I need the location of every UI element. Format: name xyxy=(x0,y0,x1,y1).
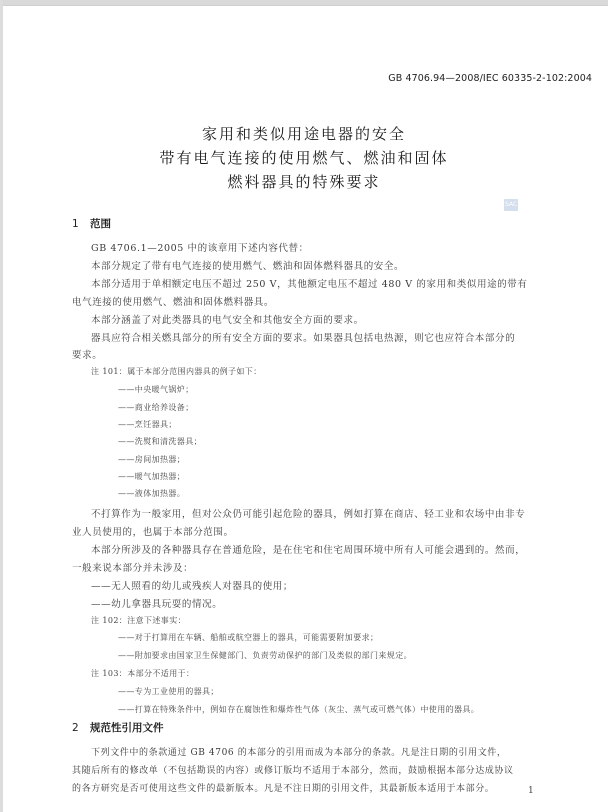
s1-paragraph-3-line-2: 电气连接的使用燃气、燃油和固体燃料器具。 xyxy=(72,294,274,308)
note-101-item: ——暖气加热器； xyxy=(118,471,185,482)
title-line-1: 家用和类似用途电器的安全 xyxy=(0,122,608,146)
s1-paragraph-2: 本部分规定了带有电气连接的使用燃气、燃油和固体燃料器具的安全。 xyxy=(91,258,404,272)
sac-logo-icon: SAC xyxy=(504,199,518,211)
title-line-2: 带有电气连接的使用燃气、燃油和固体 xyxy=(0,146,608,170)
note-103-item: ——专为工业使用的器具； xyxy=(118,686,219,697)
section-2-heading: 2规范性引用文件 xyxy=(72,720,164,735)
note-101-label: 注 101：属于本部分范围内器具的例子如下： xyxy=(91,366,262,377)
s1-paragraph-5-line-2: 要求。 xyxy=(72,347,102,361)
s1-paragraph-3-line-1: 本部分适用于单相额定电压不超过 250 V，其他额定电压不超过 480 V 的家… xyxy=(91,276,528,290)
s1-paragraph-6-line-1: 不打算作为一般家用，但对公众仍可能引起危险的器具，例如打算在商店、轻工业和农场中… xyxy=(91,506,525,520)
section-1-heading: 1范围 xyxy=(72,216,111,231)
section-1-number: 1 xyxy=(72,218,90,230)
s2-paragraph-1-line-2: 其随后所有的修改单（不包括勘误的内容）或修订版均不适用于本部分，然而，鼓励根据本… xyxy=(72,763,514,776)
s2-paragraph-1-line-1: 下列文件中的条款通过 GB 4706 的本部分的引用而成为本部分的条款。凡是注日… xyxy=(91,745,507,758)
section-2-title: 规范性引用文件 xyxy=(90,722,164,734)
note-101-item: ——烹饪器具； xyxy=(118,419,177,430)
s2-paragraph-1-line-3: 的各方研究是否可使用这些文件的最新版本。凡是不注日期的引用文件，其最新版本适用于… xyxy=(72,781,494,794)
note-103-item: ——打算在特殊条件中，例如存在腐蚀性和爆炸性气体（灰尘、蒸气或可燃气体）中使用的… xyxy=(118,704,479,715)
note-101-item: ——中央暖气锅炉； xyxy=(118,384,194,395)
section-2-number: 2 xyxy=(72,722,90,734)
s1-exclusion-item: ——无人照看的幼儿或残疾人对器具的使用； xyxy=(91,578,293,592)
s1-paragraph-7-line-1: 本部分所涉及的各种器具存在普通危险，是在住宅和住宅周围环境中所有人可能会遇到的。… xyxy=(91,542,525,556)
s1-paragraph-4: 本部分涵盖了对此类器具的电气安全和其他安全方面的要求。 xyxy=(91,312,364,326)
section-1-title: 范围 xyxy=(90,218,111,230)
note-101-item: ——房间加热器； xyxy=(118,454,185,465)
note-101-item: ——商业给养设备； xyxy=(118,402,194,413)
s1-exclusion-item: ——幼儿拿器具玩耍的情况。 xyxy=(91,596,222,610)
document-title: 家用和类似用途电器的安全 带有电气连接的使用燃气、燃油和固体 燃料器具的特殊要求 xyxy=(0,122,608,194)
s1-paragraph-7-line-2: 一般来说本部分并未涉及： xyxy=(72,560,193,574)
title-line-3: 燃料器具的特殊要求 xyxy=(0,170,608,194)
standard-code-header: GB 4706.94—2008/IEC 60335-2-102:2004 xyxy=(330,73,592,84)
note-102-item: ——附加要求由国家卫生保健部门、负责劳动保护的部门及类似的部门来规定。 xyxy=(118,650,412,661)
note-103-label: 注 103：本部分不适用于： xyxy=(91,668,194,679)
note-102-label: 注 102：注意下述事实： xyxy=(91,615,186,626)
note-101-item: ——洗熨和清洗器具； xyxy=(118,436,202,447)
note-101-item: ——液体加热器。 xyxy=(118,488,185,499)
s1-paragraph-6-line-2: 业人员使用的，也属于本部分范围。 xyxy=(72,524,234,538)
s1-paragraph-5-line-1: 器具应符合相关燃具部分的所有安全方面的要求。如果器具包括电热源，则它也应符合本部… xyxy=(91,330,515,344)
page-number: 1 xyxy=(528,786,534,796)
note-102-item: ——对于打算用在车辆、船舶或航空器上的器具，可能需要附加要求； xyxy=(118,632,378,643)
s1-paragraph-1: GB 4706.1—2005 中的该章用下述内容代替： xyxy=(91,240,309,254)
